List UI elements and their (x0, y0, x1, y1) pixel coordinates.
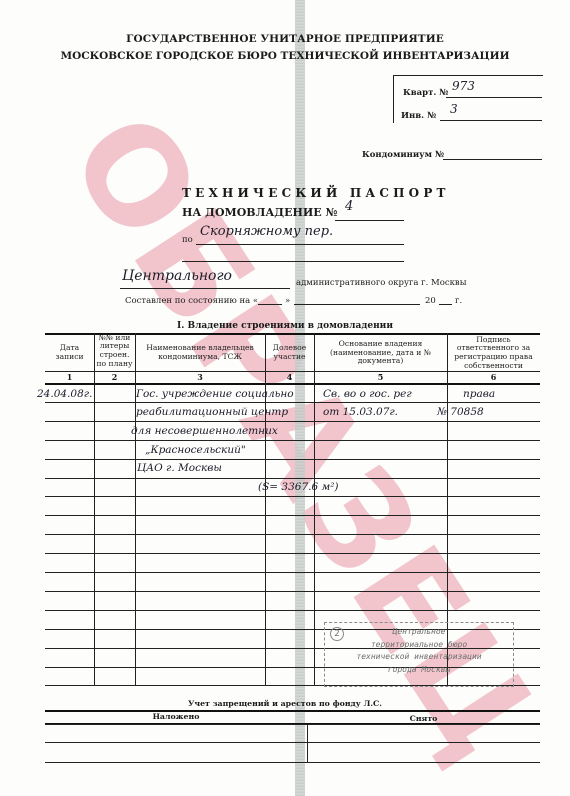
org-name-line1: ГОСУДАРСТВЕННОЕ УНИТАРНОЕ ПРЕДПРИЯТИЕ (0, 33, 570, 45)
passport-title: ТЕХНИЧЕСКИЙ ПАСПОРТ (182, 186, 450, 200)
col-header-owner: Наименование владельцев кондоминиума, ТС… (135, 335, 265, 371)
district-value: Центрального (122, 268, 232, 284)
bans-col-removed: Снято (307, 714, 540, 723)
compiled-label: Составлен по состоянию на « (125, 296, 258, 306)
condominium-field[interactable] (443, 149, 542, 160)
condominium-label: Кондоминиум № (362, 150, 444, 160)
entry-signature-line-2: № 70858 (437, 406, 484, 418)
entry-signature-line-1: права (463, 388, 495, 400)
entry-basis-line-1: Св. во о гос. рег (323, 388, 412, 400)
entry-owner-line-1: Гос. учреждение социально (136, 388, 294, 400)
inv-value: 3 (450, 102, 458, 116)
passport-subtitle: НА ДОМОВЛАДЕНИЕ № (182, 206, 337, 219)
bans-table: Наложено Снято (45, 710, 540, 796)
col-header-basis: Основание владения (наименование, дата и… (314, 335, 447, 371)
col-number-2: 2 (94, 371, 135, 383)
stamp-line-1: Центральное (325, 626, 513, 639)
bti-stamp: 2 Центральное территориальное бюро техни… (324, 622, 514, 687)
col-header-building: №№ или литеры строен. по плану (94, 333, 135, 369)
col-number-4: 4 (265, 371, 314, 383)
entry-basis-line-2: от 15.03.07г. (323, 406, 398, 418)
org-name-line2: МОСКОВСКОЕ ГОРОДСКОЕ БЮРО ТЕХНИЧЕСКОЙ ИН… (0, 50, 570, 62)
street-prefix: по (182, 235, 193, 245)
compiled-year-prefix: 20 (425, 296, 436, 306)
kvart-value: 973 (452, 79, 475, 93)
street-field-line2[interactable] (182, 250, 404, 262)
col-number-5: 5 (314, 371, 447, 383)
kvart-label: Кварт. № (403, 88, 449, 98)
house-number-value: 4 (345, 199, 353, 214)
compiled-day-field[interactable] (258, 295, 282, 305)
compiled-year-suffix: г. (455, 296, 462, 306)
col-header-date: Дата записи (45, 335, 94, 371)
stamp-line-3: технической инвентаризации (325, 651, 513, 664)
col-number-1: 1 (45, 371, 94, 383)
entry-owner-line-5: ЦАО г. Москвы (137, 462, 222, 474)
col-header-share: Долевое участие (265, 335, 314, 371)
col-number-6: 6 (447, 371, 540, 383)
col-header-signature: Подпись ответственного за регистрацию пр… (447, 335, 540, 371)
compiled-year-field[interactable] (439, 295, 452, 305)
entry-owner-line-3: для несовершеннолетних (131, 425, 278, 437)
stamp-number: 2 (330, 627, 344, 641)
entry-area-note: (S= 3367.6 м²) (258, 481, 339, 493)
bans-col-imposed: Наложено (45, 712, 307, 721)
district-suffix: административного округа г. Москвы (296, 278, 467, 288)
bans-section-title: Учет запрещений и арестов по фонду Л.С. (0, 699, 570, 708)
compiled-month-field[interactable] (294, 295, 420, 305)
stamp-line-4: города Москвы (325, 664, 513, 677)
ownership-section-title: I. Владение строениями в домовладении (0, 321, 570, 331)
document-page: ОБРАЗЕЦ ГОСУДАРСТВЕННОЕ УНИТАРНОЕ ПРЕДПР… (0, 0, 570, 796)
entry-date: 24.04.08г. (37, 388, 92, 400)
street-value: Скорняжному пер. (200, 224, 333, 239)
col-number-3: 3 (135, 371, 265, 383)
entry-owner-line-4: „Красносельский" (145, 444, 246, 456)
compiled-mid: » (285, 296, 290, 306)
entry-owner-line-2: реабилитационный центр (136, 406, 288, 418)
inv-label: Инв. № (401, 111, 436, 121)
stamp-line-2: территориальное бюро (325, 639, 513, 652)
